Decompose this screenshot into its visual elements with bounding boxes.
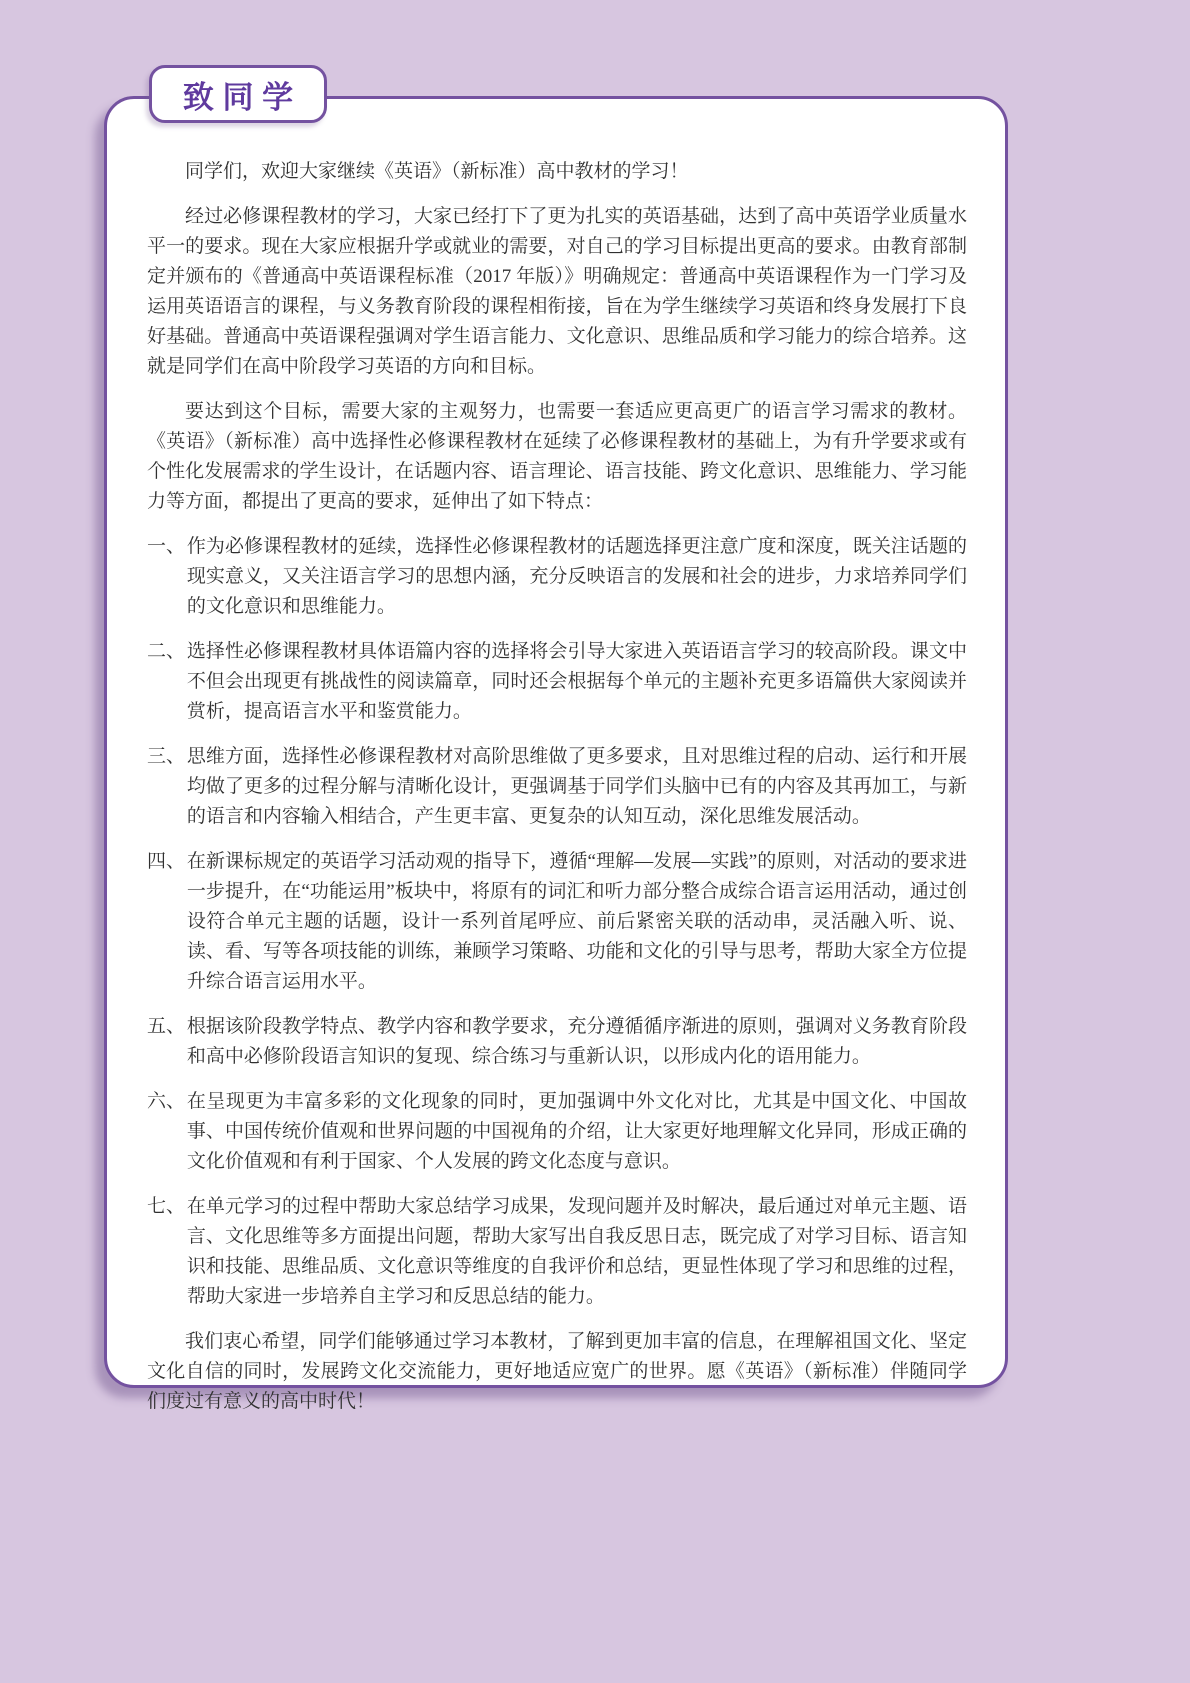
list-item: 六、 在呈现更为丰富多彩的文化现象的同时，更加强调中外文化对比，尤其是中国文化、… [147, 1087, 967, 1177]
list-item: 三、 思维方面，选择性必修课程教材对高阶思维做了更多要求，且对思维过程的启动、运… [147, 742, 967, 832]
paragraph-closing: 我们衷心希望，同学们能够通过学习本教材，了解到更加丰富的信息，在理解祖国文化、坚… [147, 1327, 967, 1417]
paragraph-welcome: 同学们，欢迎大家继续《英语》（新标准）高中教材的学习！ [147, 157, 967, 187]
list-item-text: 在呈现更为丰富多彩的文化现象的同时，更加强调中外文化对比，尤其是中国文化、中国故… [187, 1087, 967, 1177]
list-item: 五、 根据该阶段教学特点、教学内容和教学要求，充分遵循循序渐进的原则，强调对义务… [147, 1012, 967, 1072]
list-item-text: 思维方面，选择性必修课程教材对高阶思维做了更多要求，且对思维过程的启动、运行和开… [187, 742, 967, 832]
list-item-text: 作为必修课程教材的延续，选择性必修课程教材的话题选择更注意广度和深度，既关注话题… [187, 532, 967, 622]
section-title: 致同学 [183, 72, 302, 117]
list-item-marker: 六、 [147, 1087, 187, 1177]
list-item-marker: 二、 [147, 637, 187, 727]
list-item: 二、 选择性必修课程教材具体语篇内容的选择将会引导大家进入英语语言学习的较高阶段… [147, 637, 967, 727]
paragraph-background: 经过必修课程教材的学习，大家已经打下了更为扎实的英语基础，达到了高中英语学业质量… [147, 202, 967, 382]
list-item: 七、 在单元学习的过程中帮助大家总结学习成果，发现问题并及时解决，最后通过对单元… [147, 1192, 967, 1312]
list-item-text: 在单元学习的过程中帮助大家总结学习成果，发现问题并及时解决，最后通过对单元主题、… [187, 1192, 967, 1312]
list-item-text: 在新课标规定的英语学习活动观的指导下，遵循“理解—发展—实践”的原则，对活动的要… [187, 847, 967, 997]
list-item: 一、 作为必修课程教材的延续，选择性必修课程教材的话题选择更注意广度和深度，既关… [147, 532, 967, 622]
list-item-marker: 五、 [147, 1012, 187, 1072]
list-item-marker: 一、 [147, 532, 187, 622]
list-item-text: 根据该阶段教学特点、教学内容和教学要求，充分遵循循序渐进的原则，强调对义务教育阶… [187, 1012, 967, 1072]
paragraph-goal: 要达到这个目标，需要大家的主观努力，也需要一套适应更高更广的语言学习需求的教材。… [147, 397, 967, 517]
list-item: 四、 在新课标规定的英语学习活动观的指导下，遵循“理解—发展—实践”的原则，对活… [147, 847, 967, 997]
list-item-text: 选择性必修课程教材具体语篇内容的选择将会引导大家进入英语语言学习的较高阶段。课文… [187, 637, 967, 727]
list-item-marker: 七、 [147, 1192, 187, 1312]
list-item-marker: 三、 [147, 742, 187, 832]
section-title-badge: 致同学 [149, 65, 327, 123]
page-background: { "page": { "badge": "致同学" }, "content":… [0, 0, 1190, 1683]
document-body: 同学们，欢迎大家继续《英语》（新标准）高中教材的学习！ 经过必修课程教材的学习，… [147, 157, 967, 1417]
content-panel: 致同学 同学们，欢迎大家继续《英语》（新标准）高中教材的学习！ 经过必修课程教材… [104, 96, 1008, 1388]
list-item-marker: 四、 [147, 847, 187, 997]
